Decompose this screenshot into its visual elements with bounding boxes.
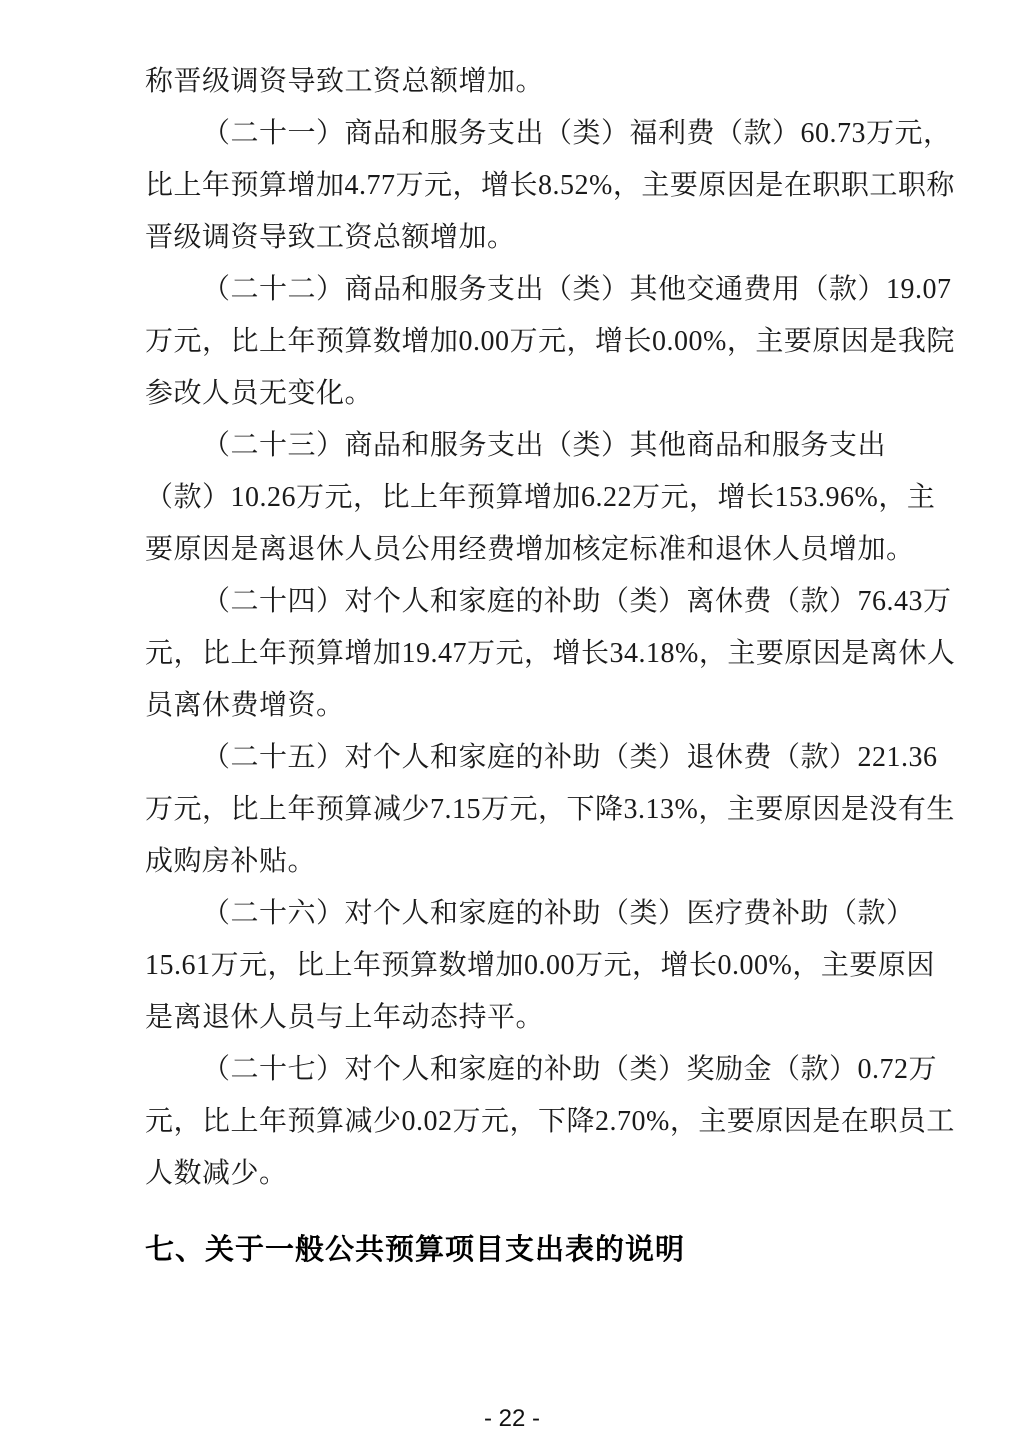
- text-line: （款）10.26万元，比上年预算增加6.22万元，增长153.96%，主: [145, 472, 911, 524]
- body-paragraphs: 称晋级调资导致工资总额增加。（二十一）商品和服务支出（类）福利费（款）60.73…: [145, 56, 911, 1200]
- text-line: 晋级调资导致工资总额增加。: [145, 212, 911, 264]
- text-line: 成购房补贴。: [145, 836, 911, 888]
- document-page: 称晋级调资导致工资总额增加。（二十一）商品和服务支出（类）福利费（款）60.73…: [0, 0, 1024, 1448]
- text-line: 万元，比上年预算减少7.15万元，下降3.13%，主要原因是没有生: [145, 784, 911, 836]
- text-line: 元，比上年预算减少0.02万元，下降2.70%，主要原因是在职员工: [145, 1096, 911, 1148]
- text-line: 参改人员无变化。: [145, 368, 911, 420]
- text-line: （二十五）对个人和家庭的补助（类）退休费（款）221.36: [145, 732, 911, 784]
- text-line: 要原因是离退休人员公用经费增加核定标准和退休人员增加。: [145, 524, 911, 576]
- text-line: （二十一）商品和服务支出（类）福利费（款）60.73万元，: [145, 108, 911, 160]
- text-line: 是离退休人员与上年动态持平。: [145, 992, 911, 1044]
- text-line: 15.61万元，比上年预算数增加0.00万元，增长0.00%，主要原因: [145, 940, 911, 992]
- text-line: （二十三）商品和服务支出（类）其他商品和服务支出: [145, 420, 911, 472]
- page-number: - 22 -: [0, 1404, 1024, 1434]
- text-line: 称晋级调资导致工资总额增加。: [145, 56, 911, 108]
- document-body: 称晋级调资导致工资总额增加。（二十一）商品和服务支出（类）福利费（款）60.73…: [145, 56, 911, 1272]
- text-line: 元，比上年预算增加19.47万元，增长34.18%，主要原因是离休人: [145, 628, 911, 680]
- text-line: （二十二）商品和服务支出（类）其他交通费用（款）19.07: [145, 264, 911, 316]
- text-line: （二十六）对个人和家庭的补助（类）医疗费补助（款）: [145, 888, 911, 940]
- text-line: 万元，比上年预算数增加0.00万元，增长0.00%，主要原因是我院: [145, 316, 911, 368]
- text-line: 员离休费增资。: [145, 680, 911, 732]
- text-line: 人数减少。: [145, 1148, 911, 1200]
- text-line: （二十四）对个人和家庭的补助（类）离休费（款）76.43万: [145, 576, 911, 628]
- section-heading: 七、关于一般公共预算项目支出表的说明: [145, 1228, 911, 1272]
- text-line: （二十七）对个人和家庭的补助（类）奖励金（款）0.72万: [145, 1044, 911, 1096]
- text-line: 比上年预算增加4.77万元，增长8.52%，主要原因是在职职工职称: [145, 160, 911, 212]
